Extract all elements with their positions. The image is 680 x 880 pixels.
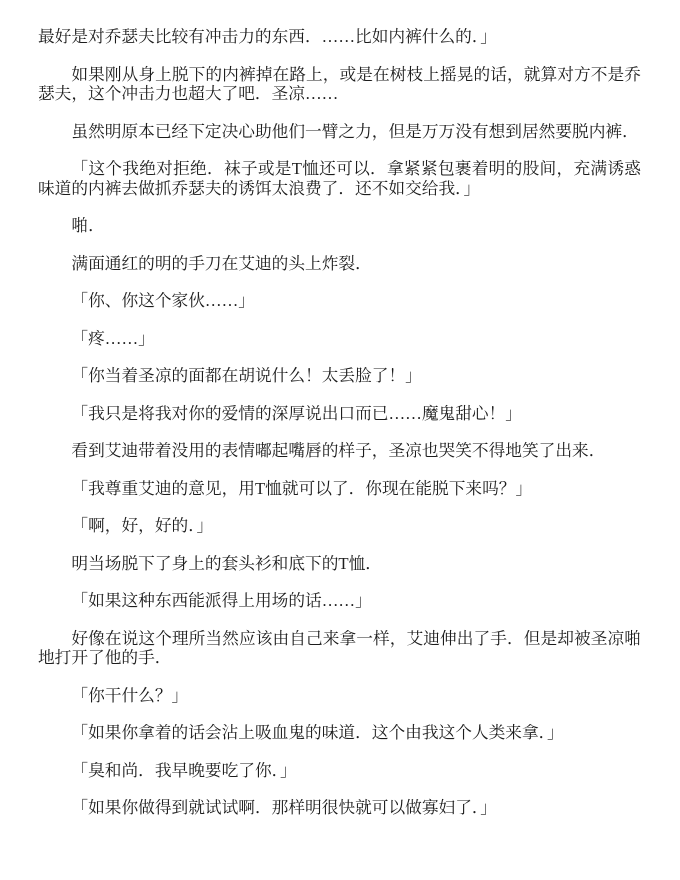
document-page: 最好是对乔瑟夫比较有冲击力的东西．……比如内裤什么的．」 如果刚从身上脱下的内裤… (0, 0, 680, 880)
paragraph: 「啊，好，好的．」 (38, 516, 641, 536)
paragraph: 「我只是将我对你的爱情的深厚说出口而已……魔鬼甜心！」 (38, 404, 641, 424)
paragraph: 明当场脱下了身上的套头衫和底下的T恤． (38, 554, 641, 574)
paragraph: 「这个我绝对拒绝．袜子或是T恤还可以．拿紧紧包裹着明的股间，充满诱惑味道的内裤去… (38, 159, 641, 198)
paragraph: 「臭和尚．我早晚要吃了你．」 (38, 761, 641, 781)
paragraph: 虽然明原本已经下定决心助他们一臂之力，但是万万没有想到居然要脱内裤． (38, 122, 641, 142)
paragraph: 如果刚从身上脱下的内裤掉在路上，或是在树枝上摇晃的话，就算对方不是乔瑟夫，这个冲… (38, 65, 641, 104)
paragraph: 啪． (38, 216, 641, 236)
paragraph: 「如果你拿着的话会沾上吸血鬼的味道．这个由我这个人类来拿．」 (38, 723, 641, 743)
paragraph: 「你、你这个家伙……」 (38, 291, 641, 311)
paragraph: 「你干什么？」 (38, 686, 641, 706)
paragraph: 最好是对乔瑟夫比较有冲击力的东西．……比如内裤什么的．」 (38, 27, 641, 47)
paragraph: 看到艾迪带着没用的表情嘟起嘴唇的样子，圣凉也哭笑不得地笑了出来． (38, 441, 641, 461)
paragraph: 「如果你做得到就试试啊．那样明很快就可以做寡妇了．」 (38, 798, 641, 818)
paragraph: 「疼……」 (38, 329, 641, 349)
paragraph: 满面通红的明的手刀在艾迪的头上炸裂． (38, 254, 641, 274)
paragraph: 「我尊重艾迪的意见，用T恤就可以了．你现在能脱下来吗？」 (38, 479, 641, 499)
paragraph: 「你当着圣凉的面都在胡说什么！太丢脸了！」 (38, 366, 641, 386)
paragraph: 「如果这种东西能派得上用场的话……」 (38, 591, 641, 611)
paragraph: 好像在说这个理所当然应该由自己来拿一样，艾迪伸出了手．但是却被圣凉啪地打开了他的… (38, 629, 641, 668)
